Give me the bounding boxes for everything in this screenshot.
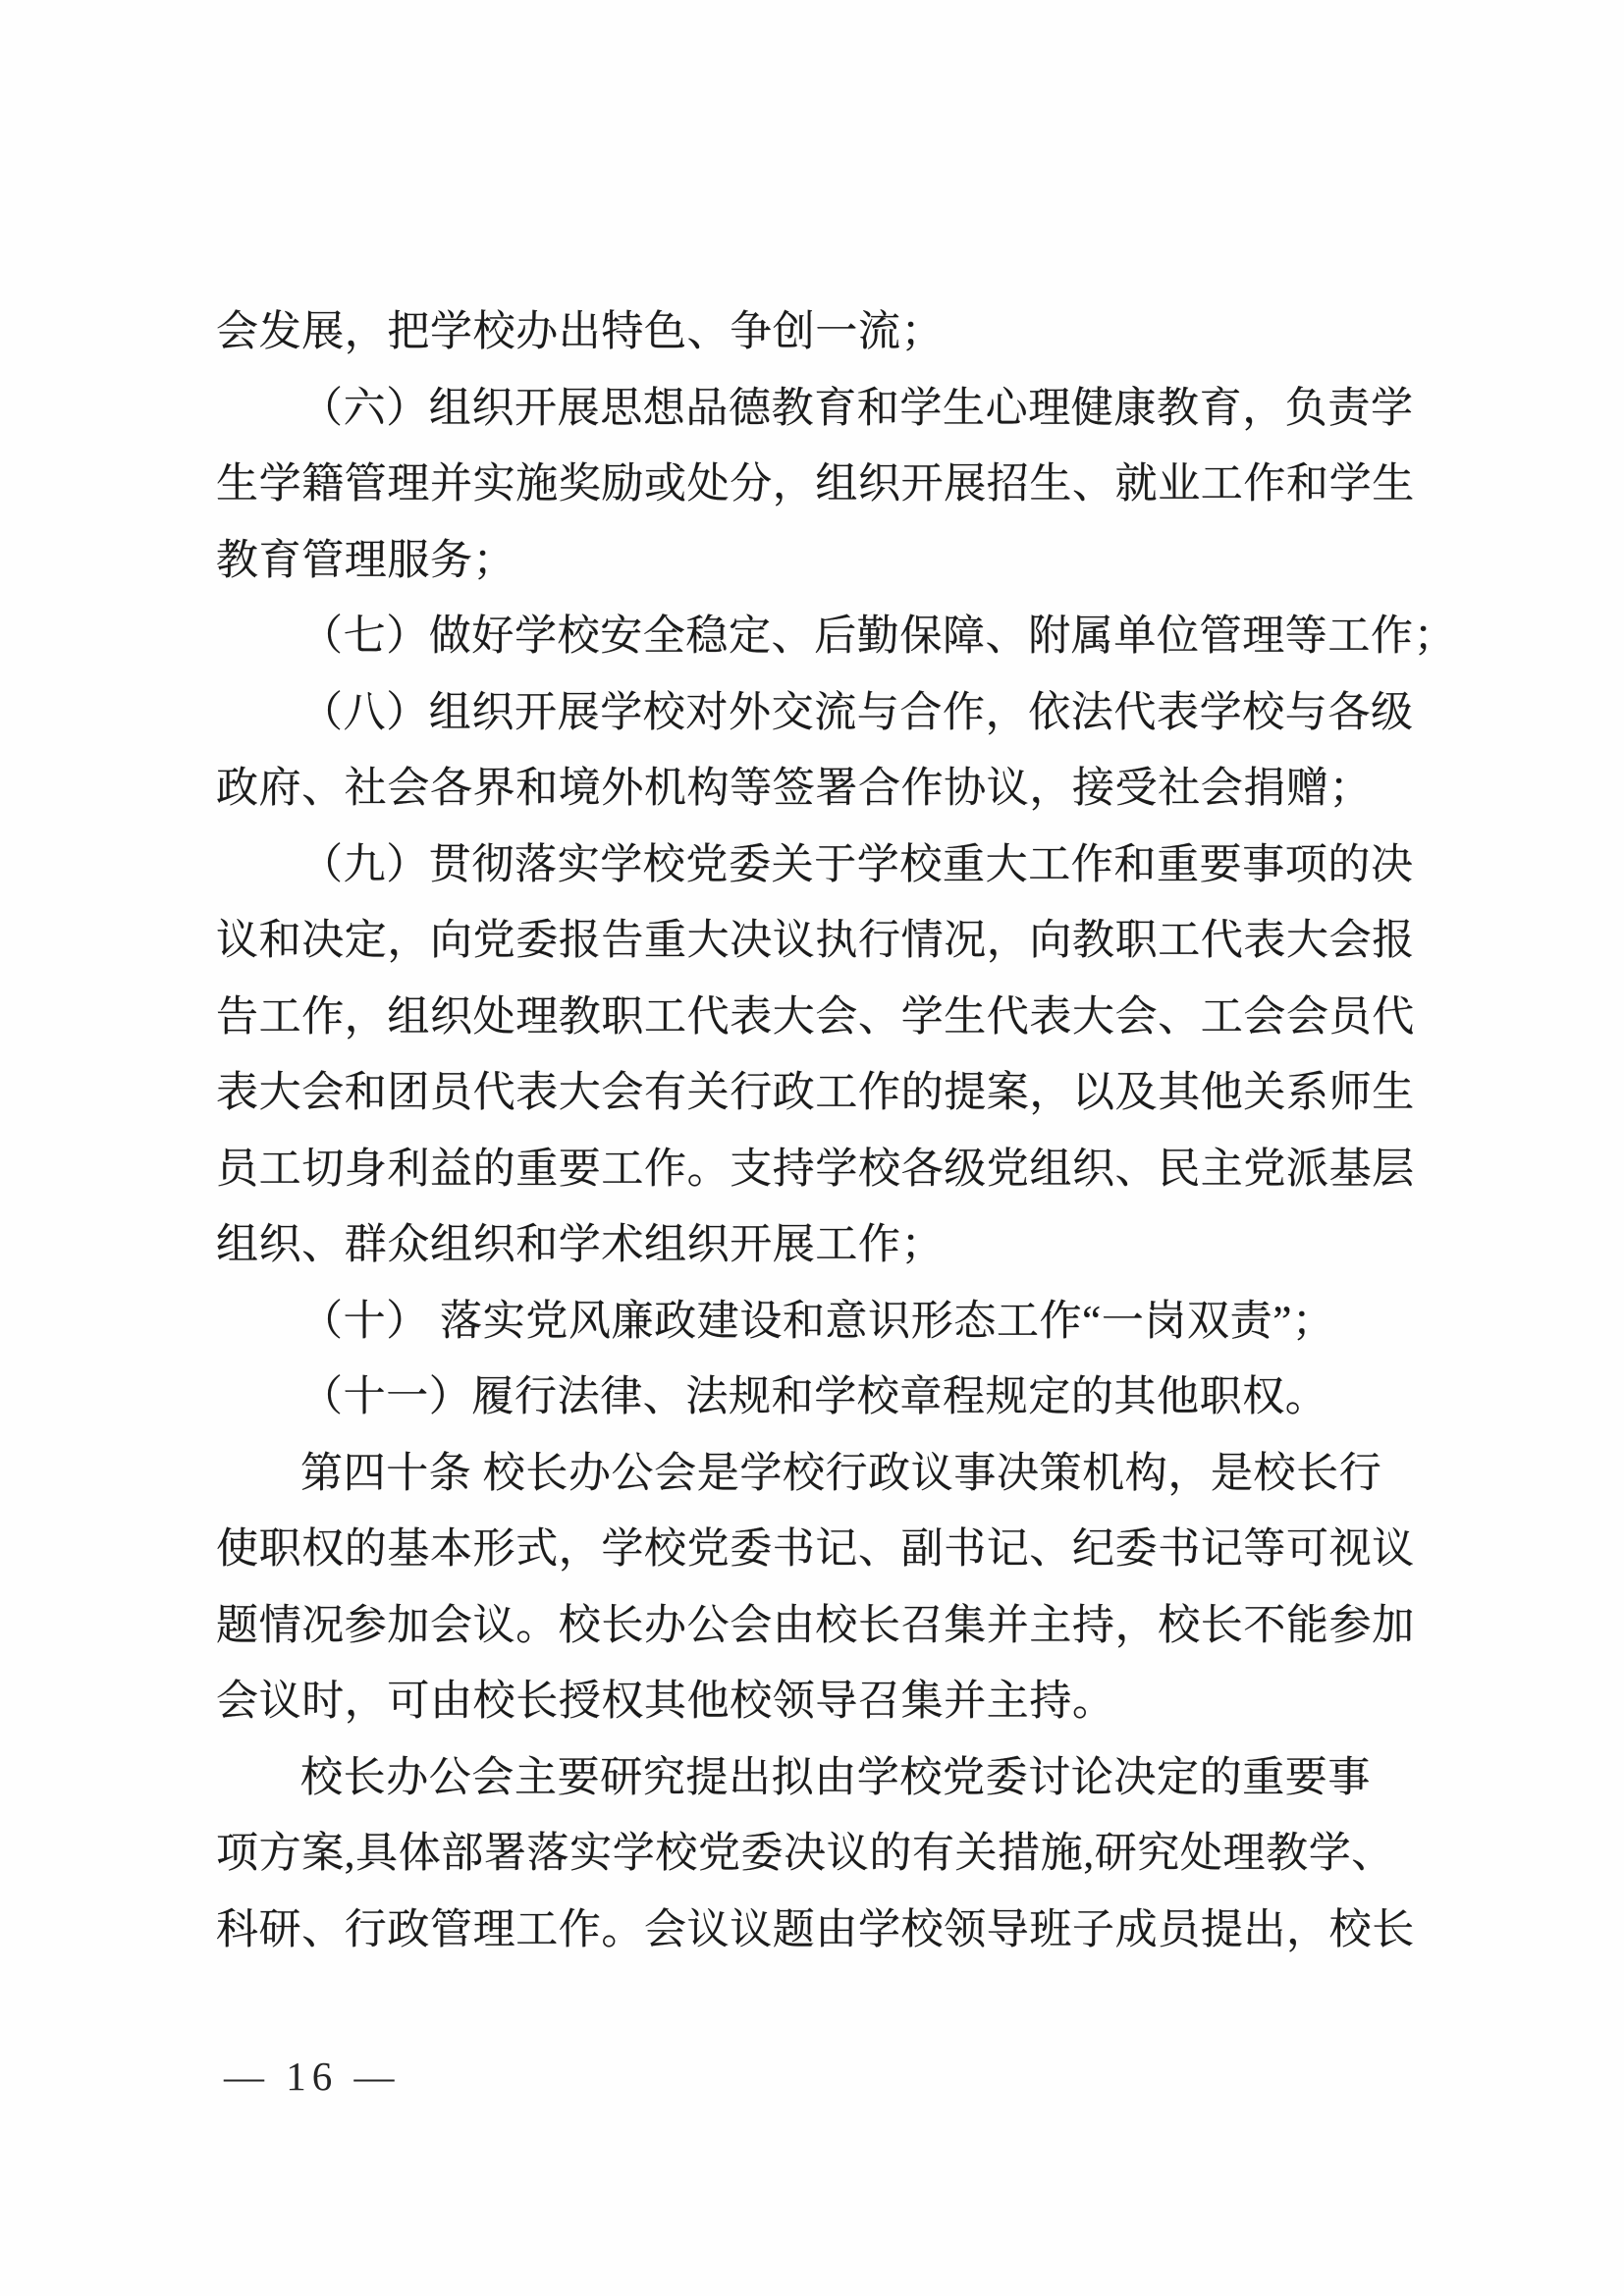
text-line: 告工作，组织处理教职工代表大会、学生代表大会、工会会员代 <box>216 980 1443 1056</box>
text-line: 项方案,具体部署落实学校党委决议的有关措施,研究处理教学、 <box>216 1816 1443 1893</box>
text-line: 第四十条 校长办公会是学校行政议事决策机构，是校长行 <box>216 1436 1443 1513</box>
text-line: 组织、群众组织和学术组织开展工作； <box>216 1207 1443 1284</box>
text-line: 政府、社会各界和境外机构等签署合作协议，接受社会捐赠； <box>216 751 1443 828</box>
text-line: 会发展，把学校办出特色、争创一流； <box>216 294 1443 371</box>
text-line: （九）贯彻落实学校党委关于学校重大工作和重要事项的决 <box>216 828 1443 904</box>
text-line: （八）组织开展学校对外交流与合作，依法代表学校与各级 <box>216 675 1443 752</box>
text-line: 科研、行政管理工作。会议议题由学校领导班子成员提出，校长 <box>216 1893 1443 1969</box>
page-number: — 16 — <box>224 2055 401 2098</box>
text-line: （六）组织开展思想品德教育和学生心理健康教育，负责学 <box>216 371 1443 448</box>
document-page: 会发展，把学校办出特色、争创一流； （六）组织开展思想品德教育和学生心理健康教育… <box>0 0 1624 2296</box>
text-line: （十） 落实党风廉政建设和意识形态工作“一岗双责”； <box>216 1284 1443 1361</box>
document-text-block: 会发展，把学校办出特色、争创一流； （六）组织开展思想品德教育和学生心理健康教育… <box>216 294 1443 1968</box>
text-line: 生学籍管理并实施奖励或处分，组织开展招生、就业工作和学生 <box>216 447 1443 523</box>
text-line: 校长办公会主要研究提出拟由学校党委讨论决定的重要事 <box>216 1740 1443 1817</box>
text-line: 使职权的基本形式，学校党委书记、副书记、纪委书记等可视议 <box>216 1512 1443 1588</box>
text-line: （十一）履行法律、法规和学校章程规定的其他职权。 <box>216 1360 1443 1436</box>
text-line: 题情况参加会议。校长办公会由校长召集并主持，校长不能参加 <box>216 1588 1443 1665</box>
text-line: （七）做好学校安全稳定、后勤保障、附属单位管理等工作； <box>216 599 1443 675</box>
text-line: 员工切身利益的重要工作。支持学校各级党组织、民主党派基层 <box>216 1132 1443 1208</box>
text-line: 议和决定，向党委报告重大决议执行情况，向教职工代表大会报 <box>216 903 1443 980</box>
text-line: 会议时，可由校长授权其他校领导召集并主持。 <box>216 1664 1443 1740</box>
text-line: 表大会和团员代表大会有关行政工作的提案，以及其他关系师生 <box>216 1055 1443 1132</box>
text-line: 教育管理服务； <box>216 523 1443 600</box>
